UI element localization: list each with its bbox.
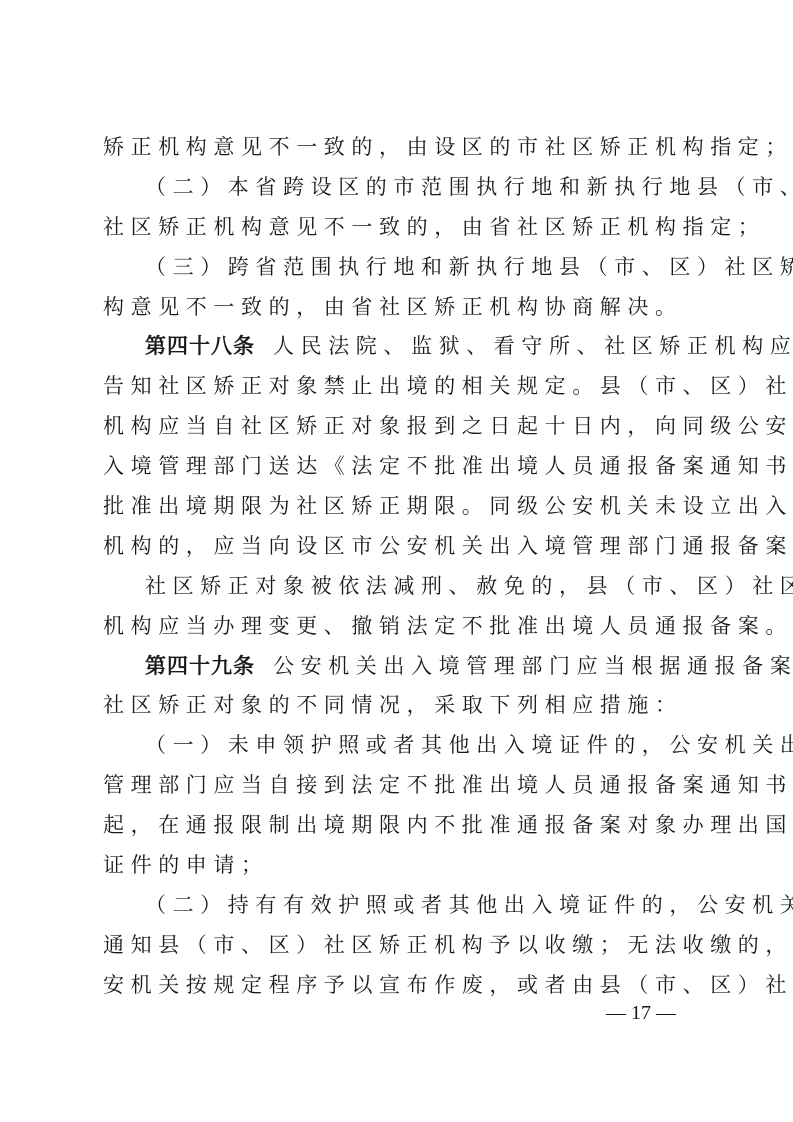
text-line: 人民法院、监狱、看守所、社区矫正机构应当 [273,334,793,358]
text-line: （一）未申领护照或者其他出入境证件的，公安机关出入境 [103,726,693,766]
article-heading-48: 第四十八条 [145,334,255,358]
document-page: 矫正机构意见不一致的，由设区的市社区矫正机构指定； （二）本省跨设区的市范围执行… [0,0,793,1122]
text-line: 安机关按规定程序予以宣布作废，或者由县（市、区）社区矫正 [103,966,693,1006]
text-line: 告知社区矫正对象禁止出境的相关规定。县（市、区）社区矫正 [103,367,693,407]
text-line: 矫正机构意见不一致的，由设区的市社区矫正机构指定； [103,128,693,168]
text-line: 批准出境期限为社区矫正期限。同级公安机关未设立出入境管理 [103,487,693,527]
text-line: 起，在通报限制出境期限内不批准通报备案对象办理出国（境） [103,806,693,846]
text-line: （三）跨省范围执行地和新执行地县（市、区）社区矫正机 [103,248,693,288]
text-line: 入境管理部门送达《法定不批准出境人员通报备案通知书》，不 [103,447,693,487]
text-line: 社区矫正对象被依法减刑、赦免的，县（市、区）社区矫正 [103,567,693,607]
text-line: 机构的，应当向设区市公安机关出入境管理部门通报备案。 [103,527,693,567]
text-line: 管理部门应当自接到法定不批准出境人员通报备案通知书之日 [103,766,693,806]
text-line: 公安机关出入境管理部门应当根据通报备案 [273,654,793,678]
page-number: — 17 — [606,1002,676,1025]
article-48-line: 第四十八条人民法院、监狱、看守所、社区矫正机构应当 [103,327,693,367]
text-line: 社区矫正机构意见不一致的，由省社区矫正机构指定； [103,208,693,248]
article-heading-49: 第四十九条 [145,654,255,678]
text-line: 通知县（市、区）社区矫正机构予以收缴；无法收缴的，提请公 [103,926,693,966]
text-line: 机构应当自社区矫正对象报到之日起十日内，向同级公安机关出 [103,407,693,447]
text-line: （二）本省跨设区的市范围执行地和新执行地县（市、区） [103,168,693,208]
text-line: （二）持有有效护照或者其他出入境证件的，公安机关应当 [103,886,693,926]
article-49-line: 第四十九条公安机关出入境管理部门应当根据通报备案 [103,647,693,687]
text-line: 社区矫正对象的不同情况，采取下列相应措施： [103,686,693,726]
body-text: 矫正机构意见不一致的，由设区的市社区矫正机构指定； （二）本省跨设区的市范围执行… [103,128,693,1006]
text-line: 构意见不一致的，由省社区矫正机构协商解决。 [103,288,693,328]
text-line: 机构应当办理变更、撤销法定不批准出境人员通报备案。 [103,607,693,647]
text-line: 证件的申请； [103,846,693,886]
